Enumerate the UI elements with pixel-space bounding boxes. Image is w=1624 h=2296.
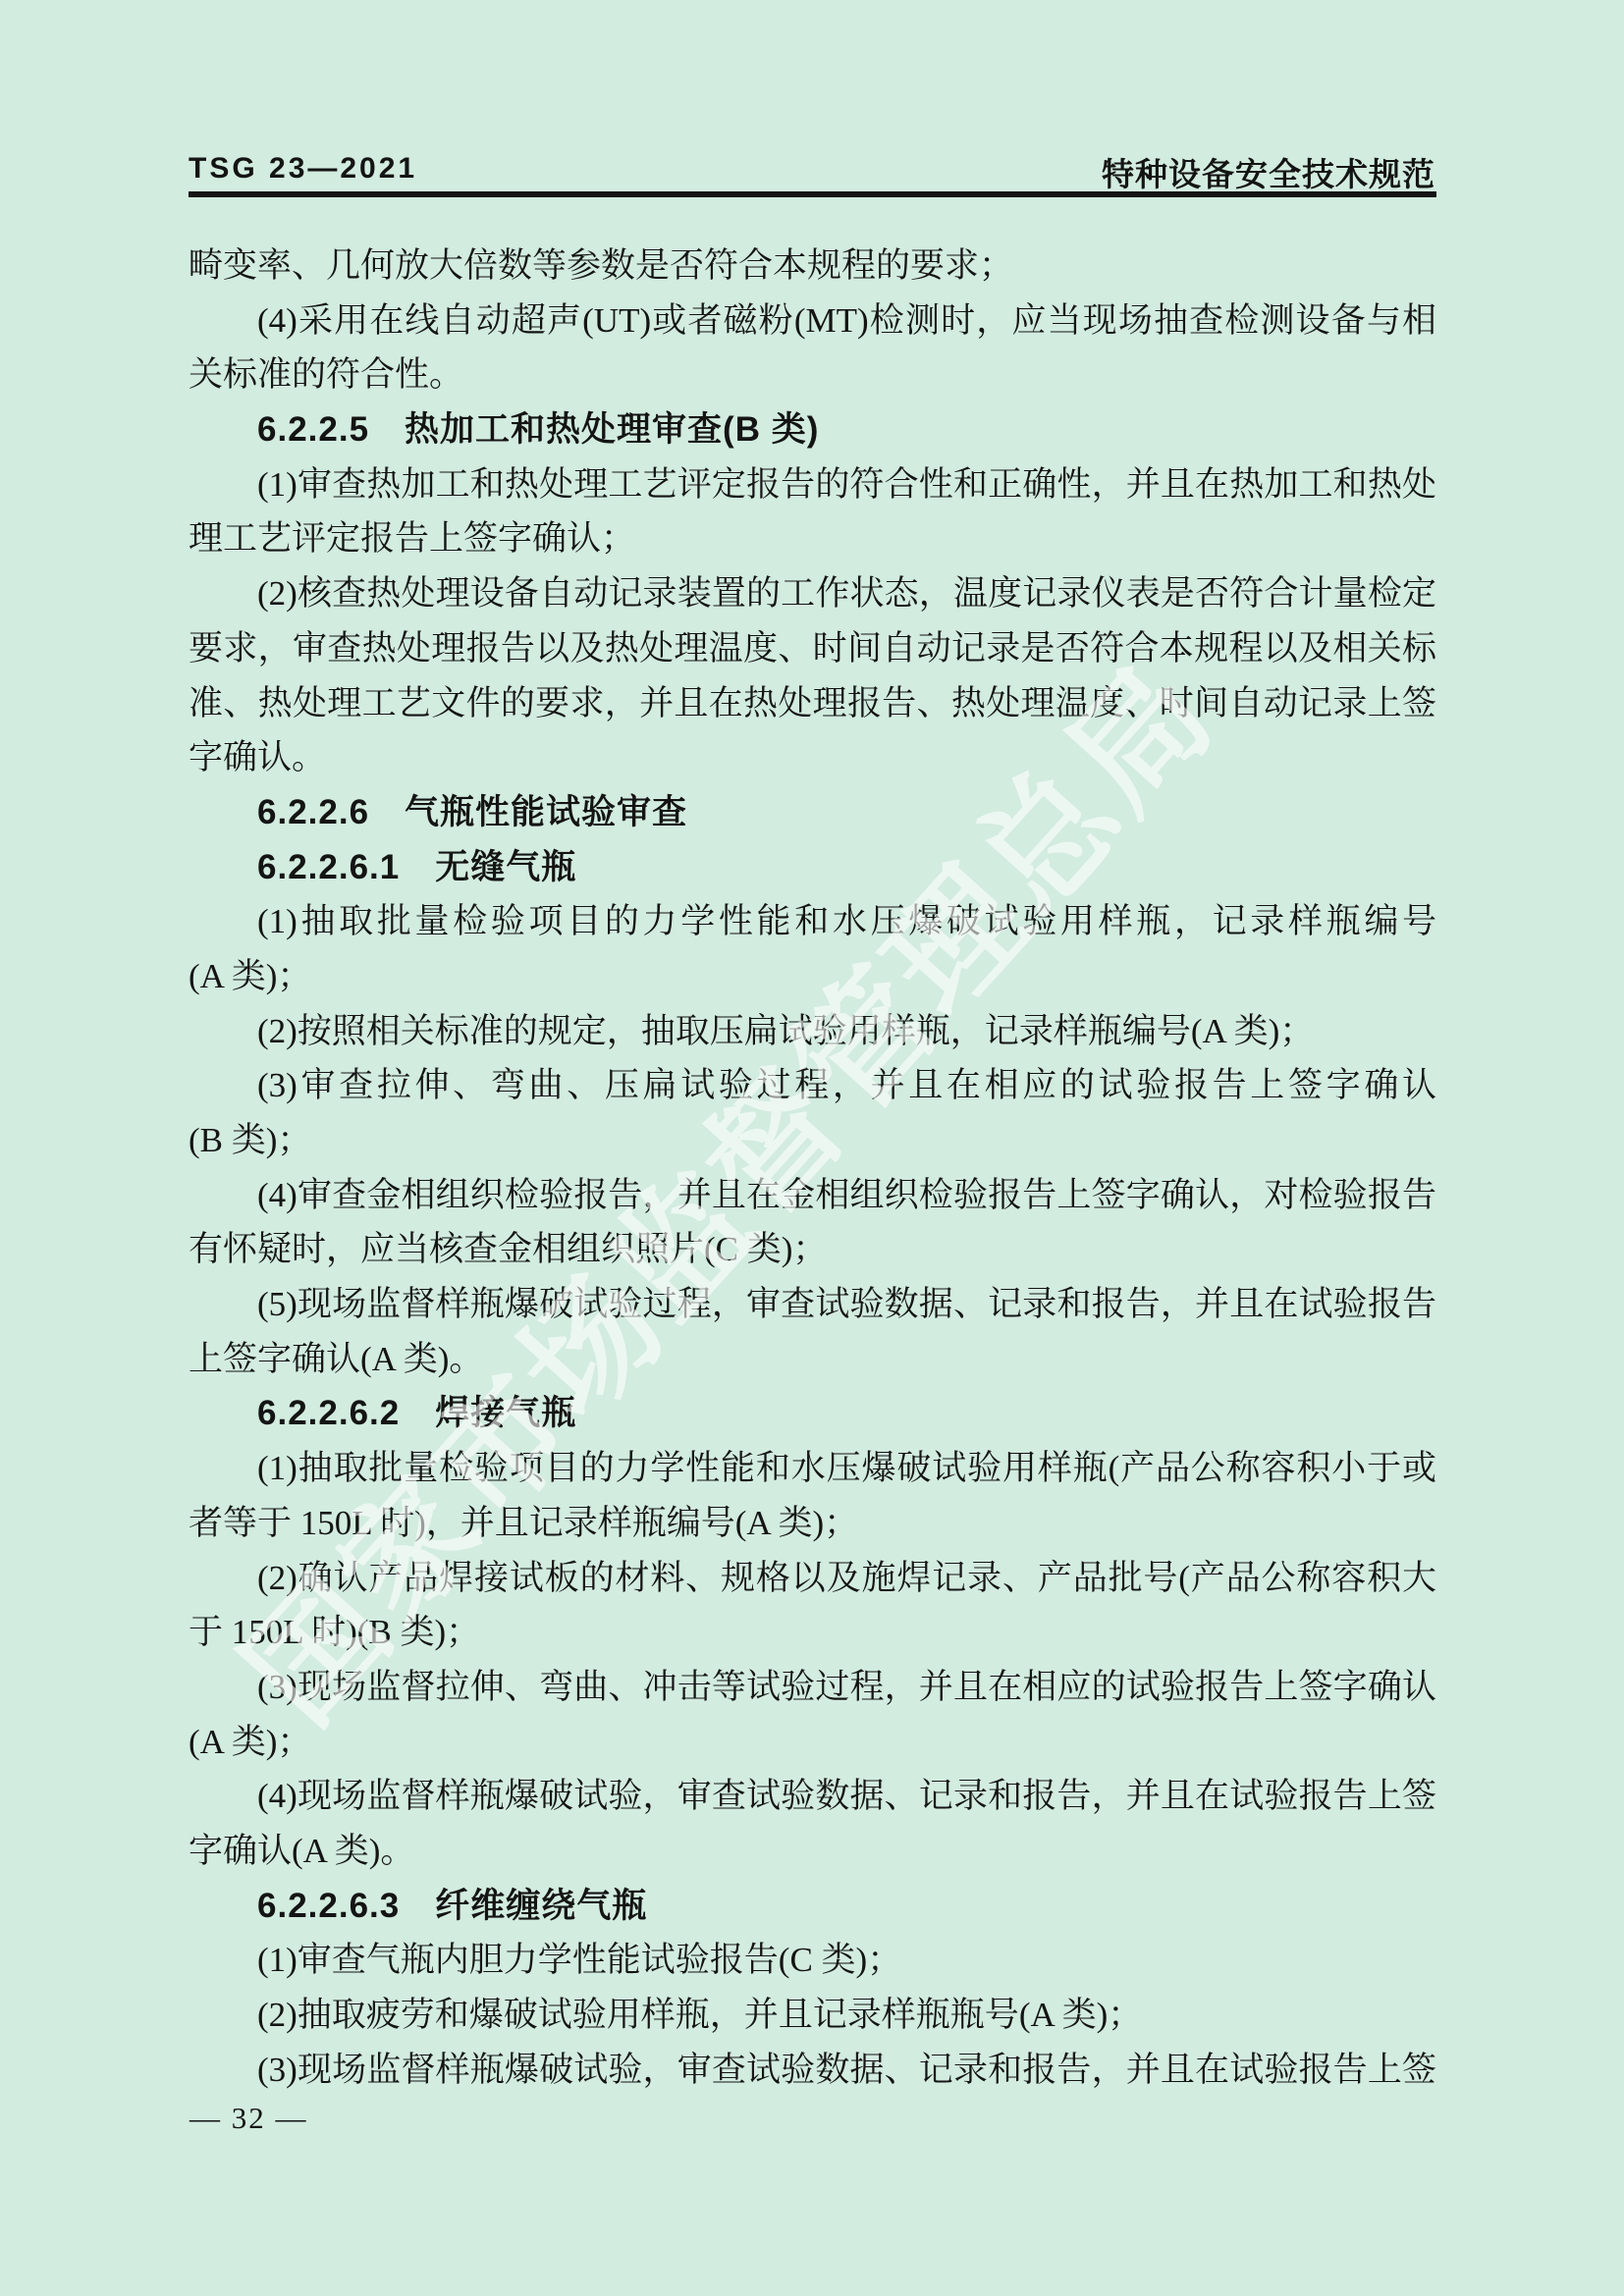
body-line: 者等于 150L 时)，并且记录样瓶编号(A 类)； (189, 1496, 1436, 1551)
body-line: 字确认(A 类)。 (189, 1824, 1436, 1879)
body-line: 要求，审查热处理报告以及热处理温度、时间自动记录是否符合本规程以及相关标 (189, 621, 1436, 676)
page-number: — 32 — (189, 2101, 308, 2136)
body-line: (3)现场监督拉伸、弯曲、冲击等试验过程，并且在相应的试验报告上签字确认 (189, 1660, 1436, 1715)
body-line: (3)现场监督样瓶爆破试验，审查试验数据、记录和报告，并且在试验报告上签 (189, 2043, 1436, 2098)
body-line: 有怀疑时，应当核查金相组织照片(C 类)； (189, 1222, 1436, 1277)
header-doc-title: 特种设备安全技术规范 (1102, 149, 1435, 195)
body-line: (1)审查热加工和热处理工艺评定报告的符合性和正确性，并且在热加工和热处 (189, 457, 1436, 512)
body-line: (A 类)； (189, 949, 1436, 1004)
body-line: (4)采用在线自动超声(UT)或者磁粉(MT)检测时，应当现场抽查检测设备与相 (189, 294, 1436, 348)
body-line: 6.2.2.6.2 焊接气瓶 (189, 1386, 1436, 1441)
body-line: 字确认。 (189, 730, 1436, 785)
body-line: (5)现场监督样瓶爆破试验过程，审查试验数据、记录和报告，并且在试验报告 (189, 1277, 1436, 1332)
body-line: (A 类)； (189, 1715, 1436, 1770)
body-line: (1)抽取批量检验项目的力学性能和水压爆破试验用样瓶，记录样瓶编号 (189, 894, 1436, 949)
body-line: (2)按照相关标准的规定，抽取压扁试验用样瓶，记录样瓶编号(A 类)； (189, 1004, 1436, 1059)
body-line: 理工艺评定报告上签字确认； (189, 511, 1436, 566)
document-page: TSG 23—2021 特种设备安全技术规范 国家市场监督管理总局 畸变率、几何… (0, 0, 1624, 2296)
body-line: (1)审查气瓶内胆力学性能试验报告(C 类)； (189, 1933, 1436, 1988)
body-line: (4)审查金相组织检验报告，并且在金相组织检验报告上签字确认，对检验报告 (189, 1168, 1436, 1223)
body-line: (4)现场监督样瓶爆破试验，审查试验数据、记录和报告，并且在试验报告上签 (189, 1769, 1436, 1824)
body-line: 于 150L 时)(B 类)； (189, 1605, 1436, 1660)
body-line: (1)抽取批量检验项目的力学性能和水压爆破试验用样瓶(产品公称容积小于或 (189, 1441, 1436, 1496)
body-line: 6.2.2.6 气瓶性能试验审查 (189, 785, 1436, 840)
body-line: (3)审查拉伸、弯曲、压扁试验过程，并且在相应的试验报告上签字确认 (189, 1058, 1436, 1113)
body-line: 关标准的符合性。 (189, 347, 1436, 402)
header-divider (189, 191, 1436, 197)
body-line: (B 类)； (189, 1113, 1436, 1168)
body-line: (2)核查热处理设备自动记录装置的工作状态，温度记录仪表是否符合计量检定 (189, 566, 1436, 621)
body-line: 准、热处理工艺文件的要求，并且在热处理报告、热处理温度、时间自动记录上签 (189, 676, 1436, 731)
header-doc-code: TSG 23—2021 (189, 152, 417, 186)
body-line: 6.2.2.6.3 纤维缠绕气瓶 (189, 1879, 1436, 1934)
body-line: 畸变率、几何放大倍数等参数是否符合本规程的要求； (189, 239, 1436, 294)
body-text: 畸变率、几何放大倍数等参数是否符合本规程的要求；(4)采用在线自动超声(UT)或… (189, 239, 1436, 2097)
body-line: (2)确认产品焊接试板的材料、规格以及施焊记录、产品批号(产品公称容积大 (189, 1551, 1436, 1606)
body-line: 6.2.2.5 热加工和热处理审查(B 类) (189, 402, 1436, 457)
body-line: 6.2.2.6.1 无缝气瓶 (189, 840, 1436, 895)
body-line: (2)抽取疲劳和爆破试验用样瓶，并且记录样瓶瓶号(A 类)； (189, 1988, 1436, 2043)
body-line: 上签字确认(A 类)。 (189, 1332, 1436, 1387)
